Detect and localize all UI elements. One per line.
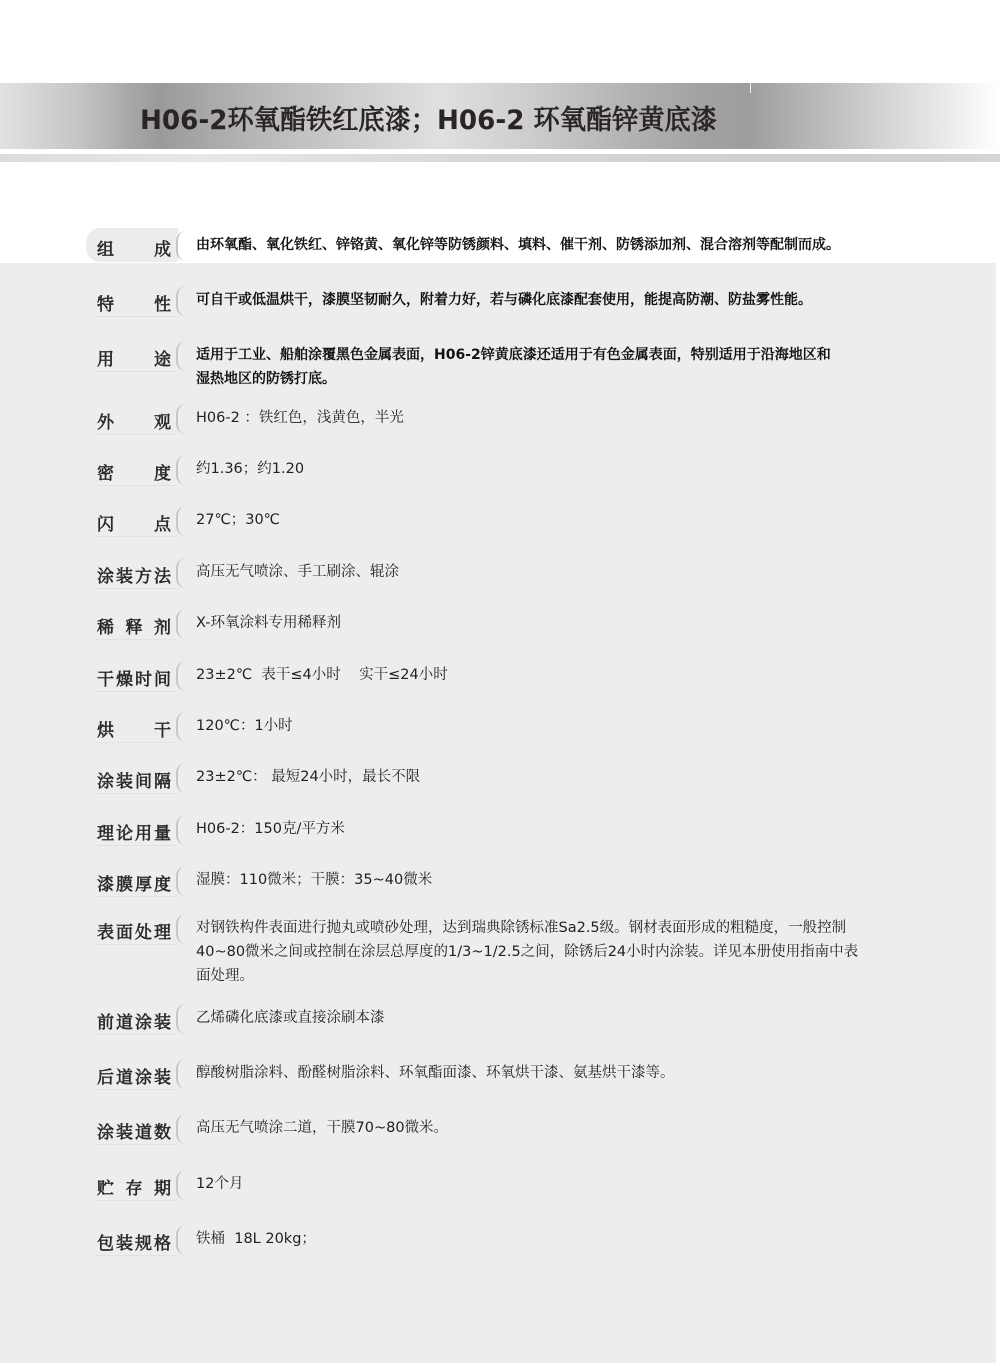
spec-label-char: 道 [116,1063,133,1088]
spec-label-char: 存 [126,1174,143,1199]
spec-label-char: 外 [97,408,114,433]
spec-label-char: 间 [135,767,152,792]
spec-value: 适用于工业、船舶涂覆黑色金属表面，H06-2锌黄底漆还适用于有色金属表面，特别适… [196,343,936,391]
spec-value: 高压无气喷涂二道，干膜70~80微米。 [196,1116,936,1140]
spec-label-char: 装 [116,767,133,792]
spec-label-char: 期 [154,1174,171,1199]
spec-label-char: 涂 [97,1118,114,1143]
spec-label: 干燥时间 [97,665,171,690]
spec-label-char: 点 [154,510,171,535]
spec-label-char: 涂 [135,1008,152,1033]
bracket-divider-icon [176,1004,186,1034]
spec-label-char: 释 [126,613,143,638]
spec-value: 23±2℃： 最短24小时，最长不限 [196,765,936,789]
spec-label-char: 用 [97,345,114,370]
bracket-divider-icon [176,914,186,944]
spec-label-char: 数 [154,1118,171,1143]
spec-value: 铁桶 18L 20kg； [196,1227,936,1251]
spec-label-char: 理 [97,819,114,844]
spec-label-char: 面 [116,918,133,943]
spec-value: 对钢铁构件表面进行抛丸或喷砂处理，达到瑞典除锈标准Sa2.5级。钢材表面形成的粗… [196,916,936,988]
spec-value: 乙烯磷化底漆或直接涂刷本漆 [196,1006,936,1030]
spec-label: 包装规格 [97,1229,171,1254]
spec-label-char: 处 [135,918,152,943]
bracket-divider-icon [176,712,186,742]
spec-label: 涂装间隔 [97,767,171,792]
spec-label: 后道涂装 [97,1063,171,1088]
spec-label-char: 干 [97,665,114,690]
spec-label-char: 密 [97,459,114,484]
spec-label-char: 道 [135,1118,152,1143]
spec-label-char: 论 [116,819,133,844]
page-title: H06-2环氧酯铁红底漆；H06-2 环氧酯锌黄底漆 [140,98,717,137]
spec-label: 前道涂装 [97,1008,171,1033]
bracket-divider-icon [176,404,186,434]
spec-label-char: 表 [97,918,114,943]
spec-label-char: 特 [97,290,114,315]
spec-value: 120℃：1小时 [196,714,936,738]
bracket-divider-icon [176,286,186,316]
bracket-divider-icon [176,1059,186,1089]
title-underbar [0,154,1000,162]
bracket-divider-icon [176,763,186,793]
spec-label-char: 度 [154,459,171,484]
bracket-divider-icon [176,1114,186,1144]
spec-label-char: 理 [154,918,171,943]
spec-value: 27℃；30℃ [196,508,936,532]
spec-label-char: 装 [116,1229,133,1254]
spec-value: H06-2：150克/平方米 [196,817,936,841]
spec-label-char: 涂 [135,1063,152,1088]
spec-value: 可自干或低温烘干，漆膜坚韧耐久，附着力好，若与磷化底漆配套使用，能提高防潮、防盐… [196,288,936,312]
bracket-divider-icon [176,506,186,536]
spec-label: 外观 [97,408,171,433]
spec-value: X-环氧涂料专用稀释剂 [196,611,936,635]
spec-value: 约1.36；约1.20 [196,457,936,481]
spec-label: 稀释剂 [97,613,171,638]
spec-label-char: 涂 [97,767,114,792]
spec-label-char: 闪 [97,510,114,535]
spec-label-char: 观 [154,408,171,433]
spec-value: 由环氧酯、氧化铁红、锌铬黄、氧化锌等防锈颜料、填料、催干剂、防锈添加剂、混合溶剂… [196,233,936,257]
spec-label-char: 道 [116,1008,133,1033]
spec-label-char: 后 [97,1063,114,1088]
spec-label-char: 装 [154,1063,171,1088]
bracket-divider-icon [176,1170,186,1200]
bracket-divider-icon [176,815,186,845]
spec-label-char: 时 [135,665,152,690]
spec-label: 贮存期 [97,1174,171,1199]
spec-label-char: 稀 [97,613,114,638]
bracket-divider-icon [176,866,186,896]
spec-label-char: 装 [116,562,133,587]
spec-label: 特性 [97,290,171,315]
spec-label-char: 方 [135,562,152,587]
bracket-divider-icon [176,661,186,691]
spec-label-char: 途 [154,345,171,370]
spec-label-char: 度 [154,870,171,895]
spec-label-char: 量 [154,819,171,844]
spec-label-char: 膜 [116,870,133,895]
spec-label-char: 包 [97,1229,114,1254]
spec-label-char: 剂 [154,613,171,638]
spec-label-char: 隔 [154,767,171,792]
banner-tick-mark [750,83,751,93]
spec-label: 涂装道数 [97,1118,171,1143]
spec-label-char: 烘 [97,716,114,741]
spec-label-char: 涂 [97,562,114,587]
spec-label: 理论用量 [97,819,171,844]
bracket-divider-icon [176,609,186,639]
spec-label: 漆膜厚度 [97,870,171,895]
spec-label-char: 贮 [97,1174,114,1199]
bracket-divider-icon [176,231,186,261]
spec-label-char: 法 [154,562,171,587]
spec-value: 高压无气喷涂、手工刷涂、辊涂 [196,560,936,584]
spec-label: 烘干 [97,716,171,741]
spec-label-char: 燥 [116,665,133,690]
spec-value: H06-2 ：铁红色，浅黄色，半光 [196,406,936,430]
spec-label-char: 用 [135,819,152,844]
spec-label-char: 格 [154,1229,171,1254]
spec-label-char: 性 [154,290,171,315]
spec-label: 闪点 [97,510,171,535]
spec-label-char: 装 [154,1008,171,1033]
spec-value: 醇酸树脂涂料、酚醛树脂涂料、环氧酯面漆、环氧烘干漆、氨基烘干漆等。 [196,1061,936,1085]
spec-label-char: 规 [135,1229,152,1254]
spec-label: 表面处理 [97,918,171,943]
spec-label: 组成 [97,235,171,260]
spec-label-char: 成 [154,235,171,260]
spec-value: 23±2℃ 表干≤4小时 实干≤24小时 [196,663,936,687]
bracket-divider-icon [176,455,186,485]
spec-value: 12个月 [196,1172,936,1196]
spec-label-char: 前 [97,1008,114,1033]
bracket-divider-icon [176,1225,186,1255]
spec-label-char: 组 [97,235,114,260]
bracket-divider-icon [176,558,186,588]
spec-label-char: 漆 [97,870,114,895]
spec-value: 湿膜：110微米；干膜：35~40微米 [196,868,936,892]
spec-label-char: 间 [154,665,171,690]
spec-label: 密度 [97,459,171,484]
spec-label: 涂装方法 [97,562,171,587]
spec-label-char: 装 [116,1118,133,1143]
spec-label: 用途 [97,345,171,370]
spec-label-char: 厚 [135,870,152,895]
bracket-divider-icon [176,341,186,371]
spec-label-char: 干 [154,716,171,741]
